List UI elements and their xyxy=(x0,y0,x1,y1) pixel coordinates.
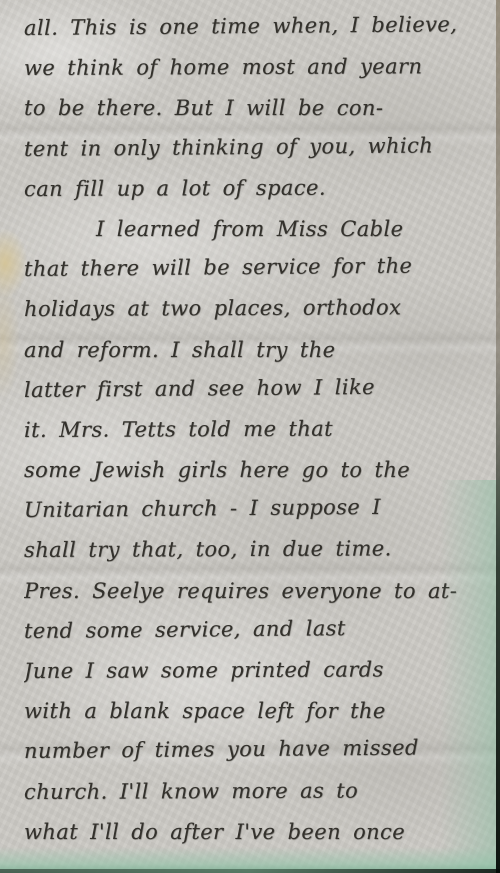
handwriting-line: tend some service, and last xyxy=(24,607,494,651)
handwriting-line: it. Mrs. Tetts told me that xyxy=(24,408,494,450)
handwriting-line: with a blank space left for the xyxy=(24,691,494,731)
scan-edge-right-strip xyxy=(496,0,500,873)
handwriting-line: Pres. Seelye requires everyone to at- xyxy=(24,571,494,611)
handwriting-line: Unitarian church - I suppose I xyxy=(24,486,494,530)
handwriting-line: shall try that, too, in due time. xyxy=(24,528,494,570)
scan-edge-green-tint xyxy=(440,480,500,873)
handwriting-line: we think of home most and yearn xyxy=(24,46,494,88)
handwriting-line: to be there. But I will be con- xyxy=(24,88,494,128)
paper-stain xyxy=(0,280,20,400)
handwriting-line: all. This is one time when, I believe, xyxy=(24,4,494,48)
handwriting-line: what I'll do after I've been once xyxy=(24,812,494,852)
handwriting-line: some Jewish girls here go to the xyxy=(24,450,494,490)
handwriting-line: can fill up a lot of space. xyxy=(24,167,494,209)
handwriting-line: number of times you have missed xyxy=(24,727,494,771)
handwriting-line: and reform. I shall try the xyxy=(24,330,494,370)
letter-page: all. This is one time when, I believe,we… xyxy=(0,0,500,873)
handwriting-line: June I saw some printed cards xyxy=(24,649,494,691)
handwriting-line: tent in only thinking of you, which xyxy=(24,124,494,168)
handwriting-line: holidays at two places, orthodox xyxy=(24,287,494,329)
handwriting-line: I learned from Miss Cable xyxy=(24,209,494,249)
handwriting-line: church. I'll know more as to xyxy=(24,770,494,812)
handwriting-line: that there will be service for the xyxy=(24,245,494,289)
scan-edge-bottom-shadow xyxy=(0,869,500,873)
handwriting-line: latter first and see how I like xyxy=(24,366,494,410)
handwriting-block: all. This is one time when, I believe,we… xyxy=(24,8,494,852)
